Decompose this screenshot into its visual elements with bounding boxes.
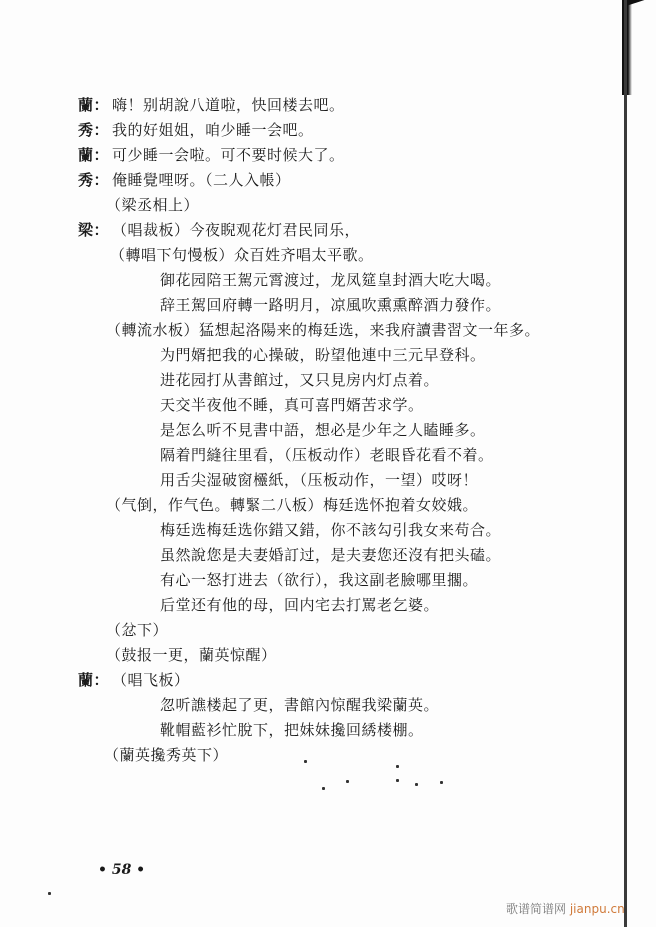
sung-line: 后堂还有他的母，回内宅去打罵老乞婆。: [160, 595, 439, 615]
scan-speck: [396, 765, 399, 768]
sung-line: 辞王駕回府轉一路明月，凉風吹熏熏醉酒力發作。: [160, 295, 501, 315]
sung-line: （轉流水板）猛想起洛陽来的梅廷选，来我府讀書習文一年多。: [106, 320, 540, 340]
dialogue-line: 蘭：嗨！别胡說八道啦，快回楼去吧。: [78, 95, 345, 115]
watermark: 歌谱简谱网 jianpu.cn: [506, 900, 625, 917]
scanned-page: 蘭：嗨！别胡說八道啦，快回楼去吧。 秀：我的好姐姐，咱少睡一会吧。 蘭：可少睡一…: [0, 0, 656, 927]
watermark-url: jianpu.cn: [570, 902, 625, 916]
line-text: （唱裁板）今夜睨观花灯君民同乐，: [112, 221, 360, 239]
scan-speck: [48, 892, 51, 895]
dialogue-line: 蘭：可少睡一会啦。可不要时候大了。: [78, 145, 345, 165]
scan-speck: [440, 781, 443, 784]
dialogue-line: 秀：俺睡覺哩呀。（二人入帳）: [78, 170, 291, 190]
dialogue-line: 秀：我的好姐姐，咱少睡一会吧。: [78, 120, 314, 140]
line-text: 嗨！别胡說八道啦，快回楼去吧。: [112, 96, 345, 114]
sung-line: 靴帽藍衫忙脫下，把妹妹攙回綉楼棚。: [160, 720, 424, 740]
speaker-label: 秀：: [78, 170, 112, 190]
binding-edge-line: [624, 0, 627, 927]
sung-line: 有心一怒打进去（欲行），我这副老臉哪里擱。: [160, 570, 478, 590]
dialogue-line: 蘭：（唱飞板）: [78, 670, 190, 690]
scan-speck: [304, 760, 307, 763]
sung-line: 进花园打从書館过，又只見房内灯点着。: [160, 370, 439, 390]
speaker-label: 蘭：: [78, 670, 112, 690]
sung-line: 隔着門縫往里看，（压板动作）老眼昏花看不着。: [160, 445, 494, 465]
watermark-site-name: 歌谱简谱网: [506, 902, 566, 916]
speaker-label: 蘭：: [78, 95, 112, 115]
line-text: 我的好姐姐，咱少睡一会吧。: [112, 121, 314, 139]
speaker-label: 蘭：: [78, 145, 112, 165]
scan-speck: [322, 787, 325, 790]
stage-direction: （忿下）: [106, 620, 168, 640]
stage-direction: （鼓报一更，蘭英惊醒）: [106, 645, 277, 665]
scan-speck: [415, 783, 418, 786]
sung-line: 忽听譙楼起了更，書館內惊醒我梁蘭英。: [160, 695, 439, 715]
sung-line: （气倒，作气色。轉緊二八板）梅廷选怀抱着女姣娥。: [106, 495, 478, 515]
stage-direction: （蘭英攙秀英下）: [104, 745, 228, 765]
scan-speck: [396, 779, 399, 782]
stage-direction: （梁丞相上）: [106, 195, 199, 215]
speaker-label: 秀：: [78, 120, 112, 140]
speaker-label: 梁：: [78, 220, 112, 240]
scan-speck: [346, 780, 349, 783]
sung-line: 天交半夜他不睡，真可喜門婿苦求学。: [160, 395, 424, 415]
sung-line: （轉唱下句慢板）众百姓齐唱太平歌。: [110, 245, 374, 265]
line-text: 俺睡覺哩呀。（二人入帳）: [112, 171, 291, 189]
line-text: （唱飞板）: [112, 671, 190, 689]
page-number: • 58 •: [98, 862, 145, 878]
dialogue-line: 梁：（唱裁板）今夜睨观花灯君民同乐，: [78, 220, 360, 240]
sung-line: 梅廷选梅廷选你錯又錯，你不該勾引我女来苟合。: [160, 520, 501, 540]
sung-line: 为門婿把我的心操破，盼望他連中三元早登科。: [160, 345, 486, 365]
line-text: 可少睡一会啦。可不要时候大了。: [112, 146, 345, 164]
sung-line: 用舌尖湿破窗欞紙，（压板动作，一望）哎呀！: [160, 470, 478, 490]
sung-line: 虽然說您是夫妻婚訂过，是夫妻您还沒有把头磕。: [160, 545, 501, 565]
sung-line: 御花园陪王駕元霄渡过，龙凤筵皇封酒大吃大喝。: [160, 270, 501, 290]
sung-line: 是怎么听不見書中語，想必是少年之人瞌睡多。: [160, 420, 486, 440]
